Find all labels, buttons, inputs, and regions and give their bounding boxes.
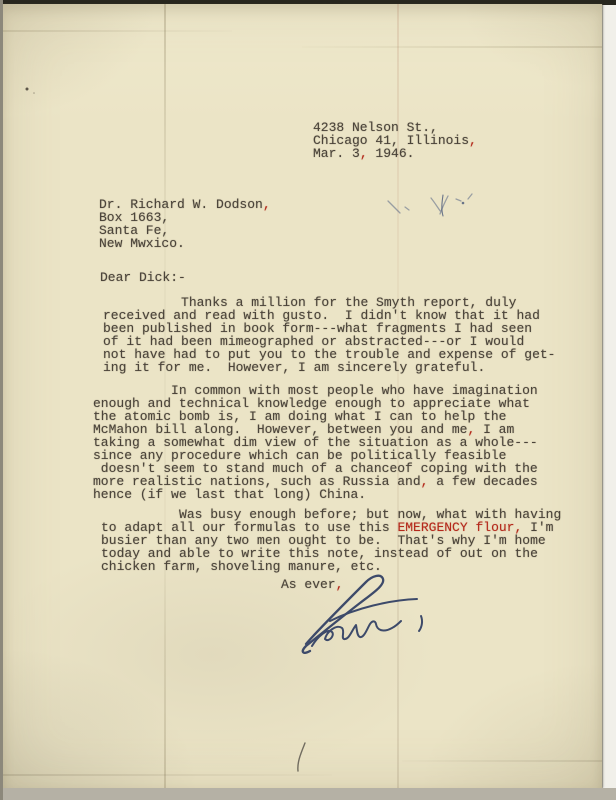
typed-text: As ever: [281, 577, 336, 592]
paper-crease-horizontal-bottom-left: [2, 774, 332, 776]
typed-text: 1946.: [368, 146, 415, 161]
red-ribbon-text: ,: [360, 146, 368, 161]
letter-line: As ever,: [281, 578, 343, 591]
paragraph-2: In common with most people who have imag…: [93, 384, 538, 501]
typed-text: New Mwxico.: [99, 236, 185, 251]
letter-line: ing it for me. However, I am sincerely g…: [103, 361, 555, 374]
paper-crease-horizontal-bottom-right: [402, 760, 602, 762]
typed-text: a few decades: [428, 474, 537, 489]
scanned-letter: 4238 Nelson St.,Chicago 41, Illinois,Mar…: [0, 0, 616, 800]
scanner-edge-left: [0, 0, 3, 800]
paragraph-3: Was busy enough before; but now, what wi…: [101, 508, 561, 573]
recipient-address-block: Dr. Richard W. Dodson,Box 1663,Santa Fe,…: [99, 198, 271, 250]
paper-edge-right: [602, 4, 603, 788]
letter-line: Dear Dick:-: [100, 271, 186, 284]
paper-crease-horizontal-top-left: [2, 30, 232, 32]
red-ribbon-text: ,: [336, 577, 344, 592]
typed-text: hence (if we last that long) China.: [93, 487, 366, 502]
sender-address-block: 4238 Nelson St.,Chicago 41, Illinois,Mar…: [313, 121, 477, 160]
typed-text: Mar. 3: [313, 146, 360, 161]
paragraph-1: Thanks a million for the Smyth report, d…: [103, 296, 555, 374]
red-ribbon-text: ,: [469, 133, 477, 148]
letter-line: chicken farm, shoveling manure, etc.: [101, 560, 561, 573]
letter-line: hence (if we last that long) China.: [93, 488, 538, 501]
typed-text: Dear Dick:-: [100, 270, 186, 285]
typed-text: chicken farm, shoveling manure, etc.: [101, 559, 382, 574]
letter-line: New Mwxico.: [99, 237, 271, 250]
letter-line: Mar. 3, 1946.: [313, 147, 477, 160]
typed-text: ing it for me. However, I am sincerely g…: [103, 360, 485, 375]
red-ribbon-text: ,: [263, 197, 271, 212]
salutation: Dear Dick:-: [100, 271, 186, 284]
closing: As ever,: [281, 578, 343, 591]
scanner-edge-bottom: [0, 788, 616, 800]
paper-crease-horizontal-top-right: [302, 46, 602, 48]
